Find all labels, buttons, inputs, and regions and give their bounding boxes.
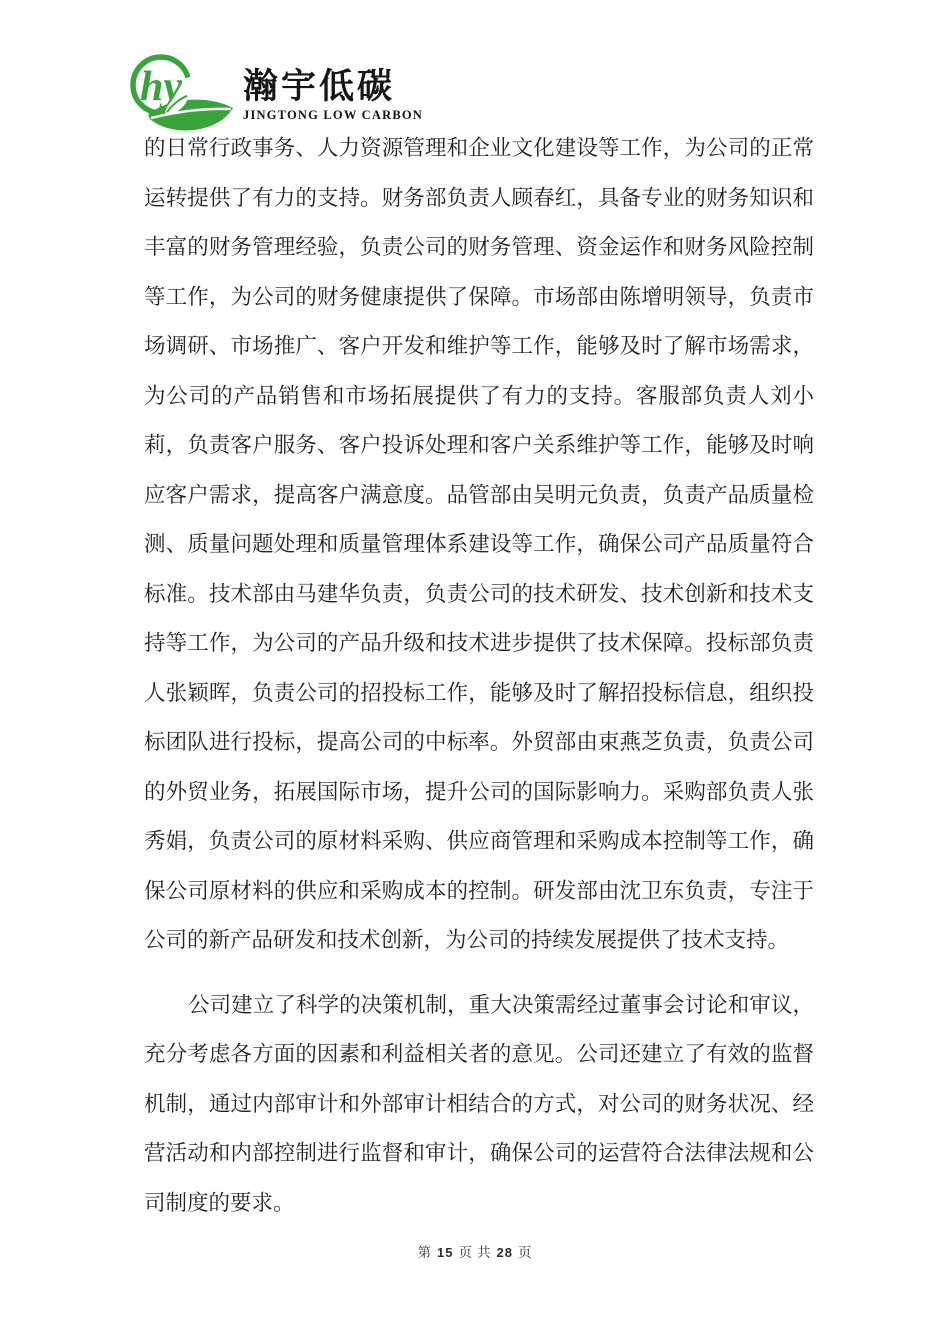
footer-label-di: 第 xyxy=(416,1245,435,1260)
document-page: hy 瀚宇低碳 JINGTONG LOW CARBON 的日常行政事务、人力资源… xyxy=(0,0,950,1343)
footer-label-ye2: 页 xyxy=(516,1245,535,1260)
footer-label-gong: 共 xyxy=(475,1245,494,1260)
footer-total-pages: 28 xyxy=(494,1245,516,1260)
document-body: 的日常行政事务、人力资源管理和企业文化建设等工作，为公司的正常运转提供了有力的支… xyxy=(144,124,814,1228)
footer-page-number: 15 xyxy=(434,1245,456,1260)
paragraph: 的日常行政事务、人力资源管理和企业文化建设等工作，为公司的正常运转提供了有力的支… xyxy=(144,124,814,966)
paragraph: 公司建立了科学的决策机制，重大决策需经过董事会讨论和审议，充分考虑各方面的因素和… xyxy=(144,981,814,1229)
company-name-en: JINGTONG LOW CARBON xyxy=(243,108,423,123)
footer-label-ye: 页 xyxy=(457,1245,476,1260)
company-name-cn: 瀚宇低碳 xyxy=(243,68,423,106)
page-footer: 第15页共28页 xyxy=(0,1241,950,1261)
logo-names: 瀚宇低碳 JINGTONG LOW CARBON xyxy=(243,52,423,123)
